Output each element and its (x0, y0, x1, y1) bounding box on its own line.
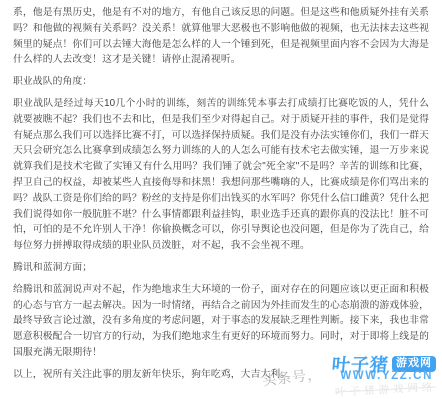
section-heading-team: 职业战队的角度： (13, 74, 429, 90)
section-heading-platform: 腾讯和蓝洞方面； (13, 260, 429, 276)
site-watermark: 头条号， 叶子猪 游戏网 WWW.YZZ.CN 叶子猪游戏网络 (260, 351, 440, 397)
article-paragraph-team: 职业战队是经过每天10几个小时的训练，刻苦的训练凭本事去打成绩打比赛吃饭的人，凭… (13, 96, 429, 254)
article-body: 系，他是有黑历史，他是有不对的地方，有他自己该反思的问题。但是这些和他质疑外挂有… (13, 5, 429, 389)
article-paragraph-platform: 给腾讯和蓝洞说声对不起，作为绝地求生大环境的一份子，面对存在的问题应该以更正面和… (13, 282, 429, 361)
article-page: 系，他是有黑历史，他是有不对的地方，有他自己该反思的问题。但是这些和他质疑外挂有… (0, 0, 442, 399)
watermark-faded-text: 叶子猪游戏网络 (334, 379, 436, 399)
watermark-channel-label: 头条号， (261, 363, 323, 390)
article-paragraph-intro: 系，他是有黑历史，他是有不对的地方，有他自己该反思的问题。但是这些和他质疑外挂有… (13, 5, 429, 68)
